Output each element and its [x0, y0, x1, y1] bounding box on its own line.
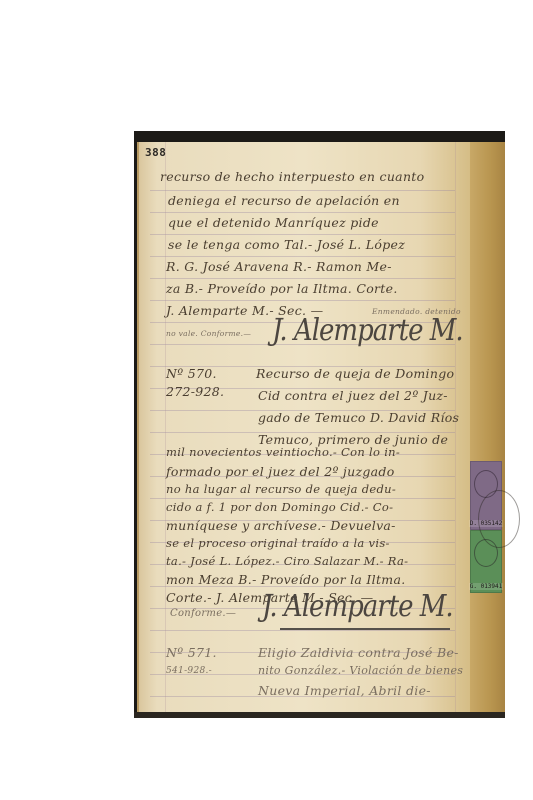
ruled-line	[150, 278, 455, 279]
text-line: R. G. José Aravena R.- Ramon Me-	[166, 259, 392, 274]
page-edge	[470, 142, 505, 712]
entry-number: Nº 570.	[166, 366, 217, 381]
case-reference: 541-928.-	[166, 666, 212, 676]
margin-line	[165, 142, 166, 712]
ruled-line	[150, 630, 455, 631]
text-line: Eligio Zaldivia contra José Be-	[258, 645, 459, 660]
signature-underline	[280, 628, 450, 630]
cancellation-postmark	[478, 490, 520, 548]
case-reference: 272-928.	[166, 384, 224, 399]
text-line: Cid contra el juez del 2º Juz-	[258, 388, 448, 403]
text-line: Nueva Imperial, Abril die-	[258, 683, 431, 698]
text-line: recurso de hecho interpuesto en cuanto	[160, 169, 424, 184]
margin-line	[455, 142, 456, 712]
ruled-line	[150, 498, 455, 499]
text-line: se el proceso original traído a la vis-	[166, 536, 390, 550]
text-line: se le tenga como Tal.- José L. López	[168, 237, 405, 252]
text-line: formado por el juez del 2º juzgado	[166, 464, 395, 479]
binding-shadow	[134, 712, 505, 718]
signature: J. Alemparte M.	[262, 590, 453, 625]
text-line: ta.- José L. López.- Ciro Salazar M.- Ra…	[166, 554, 408, 568]
ruled-line	[150, 300, 455, 301]
ruled-line	[150, 256, 455, 257]
ruled-line	[150, 190, 455, 191]
text-line: no ha lugar al recurso de queja dedu-	[166, 482, 396, 496]
stamp-serial: G. 013941	[469, 583, 504, 590]
text-line: Recurso de queja de Domingo	[256, 366, 454, 381]
text-line: que el detenido Manríquez pide	[168, 215, 379, 230]
text-line: muníquese y archívese.- Devuelva-	[166, 518, 396, 533]
ruled-line	[150, 212, 455, 213]
text-line: deniega el recurso de apelación en	[168, 193, 400, 208]
ruled-line	[150, 234, 455, 235]
page-number: 388	[145, 146, 166, 159]
conformity-note: Conforme.—	[170, 608, 236, 619]
entry-number: Nº 571.	[166, 645, 217, 660]
text-line: mil novecientos veintiocho.- Con lo in-	[166, 445, 400, 459]
text-line: gado de Temuco D. David Ríos	[258, 410, 459, 425]
text-line: mon Meza B.- Proveído por la Iltma.	[166, 572, 405, 587]
text-line: nito González.- Violación de bienes	[258, 664, 463, 677]
margin-annotation: no vale. Conforme.—	[166, 329, 251, 338]
text-line: za B.- Proveído por la Iltma. Corte.	[166, 281, 398, 296]
signature: J. Alemparte M.	[272, 314, 463, 349]
text-line: cido a f. 1 por don Domingo Cid.- Co-	[166, 500, 393, 514]
